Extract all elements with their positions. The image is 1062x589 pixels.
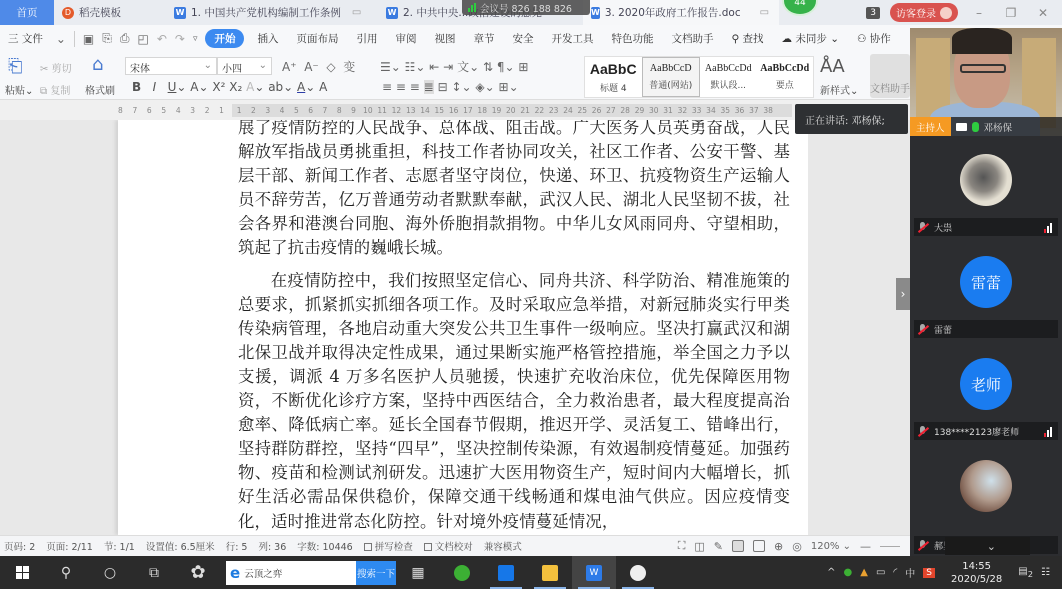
font-name-select[interactable]: 宋体⌄ xyxy=(125,57,217,75)
font-size-tools: A⁺ A⁻ ◇ 变 xyxy=(282,58,355,75)
time: 14:55 xyxy=(951,560,1002,573)
badge-count: 44 xyxy=(794,0,805,8)
notification-count: 2 xyxy=(1028,569,1033,579)
numbered-list-icon[interactable]: ☷ xyxy=(405,60,416,74)
horizontal-ruler[interactable]: 87654321 1234567891011121314151617181920… xyxy=(0,100,910,120)
user-avatar-icon xyxy=(940,7,952,19)
ruler-tick: 5 xyxy=(161,106,166,115)
ruler-tick: 24 xyxy=(561,106,575,115)
paste-label: 粘贴 xyxy=(5,86,25,97)
ruler-tick: 7 xyxy=(318,106,332,115)
align-right-icon[interactable]: ≡ xyxy=(410,80,420,94)
strikethrough-icon[interactable]: A xyxy=(190,80,198,94)
ruler-tick: 1 xyxy=(219,106,224,115)
avatar xyxy=(960,154,1012,206)
style-key-point[interactable]: AaBbCcDd要点 xyxy=(757,57,814,97)
style-preview: AaBbC xyxy=(590,61,637,77)
phonetic-icon[interactable]: 变 xyxy=(343,60,355,74)
avatar: 雷蕾 xyxy=(960,256,1012,308)
tab-label: 首页 xyxy=(17,5,38,20)
participant-tile[interactable]: 雷蕾 雷蕾 xyxy=(910,238,1062,340)
hair xyxy=(952,28,1012,54)
participant-tile[interactable]: 郝昊晴 xyxy=(910,442,1062,544)
ruler-tick: 8 xyxy=(332,106,346,115)
mic-muted-icon xyxy=(917,540,928,551)
ruler-tick: 10 xyxy=(361,106,375,115)
fan-app-icon[interactable]: ✿ xyxy=(176,556,220,589)
signal-strength-icon xyxy=(1044,427,1052,437)
meeting-app-icon[interactable] xyxy=(484,556,528,589)
style-label: 普通(网站) xyxy=(649,78,692,91)
cut-button[interactable]: ✂ 剪切 xyxy=(40,60,72,75)
search-text: 云顶之弈 xyxy=(244,566,282,580)
save-icon[interactable]: ▣ xyxy=(79,32,98,46)
signal-strength-icon xyxy=(1044,223,1052,233)
compat-mode: 兼容模式 xyxy=(484,539,522,553)
sort-icon[interactable]: ⇅ xyxy=(483,60,493,74)
action-center-icon[interactable]: ☷ xyxy=(1041,567,1050,578)
row-info: 行: 5 xyxy=(226,539,248,553)
paragraph: 展了疫情防控的人民战争、总体战、阻击战。广大医务人员英勇奋战，人民解放军指战员勇… xyxy=(238,120,790,261)
zoom-select[interactable]: 120% ⌄ xyxy=(811,541,851,552)
fullscreen-icon[interactable]: ⛶ xyxy=(678,539,686,553)
menu-page-layout[interactable]: 页面布局 xyxy=(287,31,347,46)
write-mode-icon[interactable]: ✎ xyxy=(714,540,723,553)
paragraph-tools-row1: ☰⌄ ☷⌄ ⇤ ⇥ 文⌄ ⇅ ¶⌄ ⊞ xyxy=(380,58,528,75)
zoom-value: 120% xyxy=(811,541,840,552)
ruler-tick: 19 xyxy=(489,106,503,115)
menu-references[interactable]: 引用 xyxy=(347,31,386,46)
participant-bar: 138****2123廖老师 xyxy=(914,422,1058,440)
style-default-para[interactable]: AaBbCcDd默认段... xyxy=(700,57,757,97)
ruler-tick: 36 xyxy=(732,106,746,115)
status-bar: 页码: 2 页面: 2/11 节: 1/1 设置值: 6.5厘米 行: 5 列:… xyxy=(0,535,910,556)
avatar: 老师 xyxy=(960,358,1012,410)
date: 2020/5/28 xyxy=(951,573,1002,586)
sync-button[interactable]: ☁ 未同步 ⌄ xyxy=(773,31,848,46)
ruler-tick: 18 xyxy=(475,106,489,115)
visitor-label: 访客登录 xyxy=(896,5,936,20)
export-pdf-icon[interactable]: ⎘ xyxy=(98,31,116,46)
glasses xyxy=(960,64,1006,73)
participant-bar: 大祟 xyxy=(914,218,1058,236)
copy-button[interactable]: ⧉ 复制 xyxy=(40,82,70,97)
clock[interactable]: 14:552020/5/28 xyxy=(951,560,1002,586)
window-count-badge[interactable]: 3 xyxy=(866,7,880,19)
italic-icon[interactable]: I xyxy=(153,80,157,94)
ruler-tick: 31 xyxy=(661,106,675,115)
font-style-tools: B I U⌄ A⌄ X² X₂ A⌄ ab⌄ A⌄ A xyxy=(132,80,327,94)
menu-start[interactable]: 开始 xyxy=(205,29,244,48)
ruler-tick: 7 xyxy=(132,106,137,115)
align-center-icon[interactable]: ≡ xyxy=(396,80,406,94)
wps-doc-icon: W xyxy=(386,7,398,19)
chevron-right-icon[interactable]: › xyxy=(896,278,910,310)
search-icon: ⚲ xyxy=(731,33,739,45)
zoom-slider[interactable] xyxy=(880,546,900,547)
monitor-icon[interactable]: ▭ xyxy=(760,7,769,18)
ruler-tick: 38 xyxy=(761,106,775,115)
table-icon[interactable]: ⊞ xyxy=(518,60,528,74)
paste-icon[interactable]: ⎗ xyxy=(8,56,22,77)
superscript-icon[interactable]: X² xyxy=(212,80,225,94)
ruler-tick: 8 xyxy=(118,106,123,115)
doc-proof-label: 文档校对 xyxy=(435,542,473,553)
mic-muted-icon xyxy=(917,324,928,335)
checkbox-icon xyxy=(424,543,432,551)
wechat-icon[interactable] xyxy=(440,556,484,589)
font-color-icon[interactable]: A xyxy=(297,80,305,94)
bold-icon[interactable]: B xyxy=(132,80,141,94)
shading-icon[interactable]: ◈ xyxy=(475,80,484,94)
grow-font-icon[interactable]: A⁺ xyxy=(282,60,297,74)
file-explorer-icon[interactable] xyxy=(528,556,572,589)
print-preview-icon[interactable]: ◰ xyxy=(133,32,152,46)
host-info-bar: 主持人 邓杨保 xyxy=(910,117,1062,136)
page-count[interactable]: 页面: 2/11 xyxy=(46,539,93,553)
style-label: 默认段... xyxy=(710,78,746,91)
copy-label: 复制 xyxy=(50,86,70,97)
zoom-out-button[interactable]: — xyxy=(860,540,871,553)
search-button[interactable]: ⚲ 查找 xyxy=(722,31,772,46)
subscript-icon[interactable]: X₂ xyxy=(229,80,242,94)
participant-tile[interactable]: 大祟 xyxy=(910,136,1062,238)
style-heading4[interactable]: AaBbC标题 4 xyxy=(585,57,642,97)
ruler-tick: 6 xyxy=(303,106,317,115)
wechat-glyph xyxy=(454,565,470,581)
ruler-left-ticks: 87654321 xyxy=(118,106,232,115)
ruler-tick: 3 xyxy=(190,106,195,115)
ruler-tick: 22 xyxy=(532,106,546,115)
doc-assistant-label: 文档助手 xyxy=(870,84,910,95)
docer-icon: D xyxy=(62,7,74,19)
new-style-icon[interactable]: ÅA xyxy=(820,56,845,77)
clear-format-icon[interactable]: ◇ xyxy=(326,60,335,74)
ruler-tick: 29 xyxy=(632,106,646,115)
font-size-select[interactable]: 小四⌄ xyxy=(217,57,272,75)
ruler-tick: 6 xyxy=(147,106,152,115)
increase-indent-icon[interactable]: ⇥ xyxy=(443,60,453,74)
ruler-tick: 3 xyxy=(261,106,275,115)
search-label: 查找 xyxy=(743,33,764,45)
system-tray: ^ ● ▲ ▭ ◜ 中 S 14:552020/5/28 ▤2 ☷ xyxy=(827,556,1062,589)
minimize-button[interactable]: – xyxy=(968,6,990,20)
meeting-video-panel: 主持人 邓杨保 大祟 雷蕾 雷蕾 老师 138****2123廖老师 郝昊晴 xyxy=(910,28,1062,556)
document-page[interactable]: 展了疫情防控的人民战争、总体战、阻击战。广大医务人员英勇奋战，人民解放军指战员勇… xyxy=(118,120,808,535)
ruler-tick: 12 xyxy=(389,106,403,115)
setting-value: 设置值: 6.5厘米 xyxy=(146,539,215,553)
cortana-icon[interactable]: ○ xyxy=(88,556,132,589)
ime-indicator[interactable]: 中 xyxy=(905,565,915,580)
host-tag: 主持人 xyxy=(910,117,951,136)
decrease-indent-icon[interactable]: ⇤ xyxy=(429,60,439,74)
menu-bar: 三 文件 ⌄ ▣ ⎘ ⎙ ◰ ↶ ↷ ▿ 开始 插入 页面布局 引用 审阅 视图… xyxy=(0,25,1062,52)
close-window-button[interactable]: ✕ xyxy=(1032,6,1054,20)
signal-icon xyxy=(468,3,476,12)
wechat-tray-icon[interactable]: ● xyxy=(844,567,853,578)
checkbox-icon xyxy=(364,543,372,551)
chinese-layout-icon[interactable]: 文 xyxy=(457,60,469,74)
print-icon[interactable]: ⎙ xyxy=(116,31,134,46)
outline-view-icon[interactable] xyxy=(753,540,765,552)
spell-check-label: 拼写检查 xyxy=(375,542,413,553)
browser-search-button[interactable]: 搜索一下 xyxy=(356,561,396,585)
mic-muted-icon xyxy=(917,426,928,437)
ruler-tick: 4 xyxy=(275,106,289,115)
ruler-tick: 11 xyxy=(375,106,389,115)
style-preview: AaBbCcDd xyxy=(760,63,809,74)
ruler-tick: 25 xyxy=(575,106,589,115)
spell-check-toggle[interactable]: 拼写检查 xyxy=(364,539,413,553)
participant-tile[interactable]: 老师 138****2123廖老师 xyxy=(910,340,1062,442)
meeting-id: 会议号 826 188 826 xyxy=(480,1,572,15)
meeting-glyph xyxy=(498,565,514,581)
style-normal-web[interactable]: AaBbCcD普通(网站) xyxy=(642,57,701,97)
highlight-icon[interactable]: ab xyxy=(268,80,283,94)
user-plus-icon: ⚇ xyxy=(857,33,866,45)
avatar-app-icon[interactable] xyxy=(616,556,660,589)
wifi-icon[interactable]: ◜ xyxy=(893,567,897,578)
battery-icon[interactable]: ▭ xyxy=(876,567,885,578)
ruler-tick: 32 xyxy=(675,106,689,115)
ruler-tick: 28 xyxy=(618,106,632,115)
cloud-icon: ☁ xyxy=(782,33,793,45)
mic-muted-icon xyxy=(917,222,928,233)
folder-glyph xyxy=(542,565,558,581)
bullet-list-icon[interactable]: ☰ xyxy=(380,60,391,74)
char-shading-icon[interactable]: A xyxy=(319,80,327,94)
tab-doc-1[interactable]: W1. 中国共产党机构编制工作条例▭ xyxy=(166,0,378,25)
sync-label: 未同步 xyxy=(795,33,827,45)
style-preview: AaBbCcDd xyxy=(705,63,752,74)
menu-developer[interactable]: 开发工具 xyxy=(542,31,602,46)
redo-icon[interactable]: ↷ xyxy=(171,32,189,46)
eye-protect-icon[interactable]: ◎ xyxy=(792,540,802,553)
customize-icon[interactable]: ▿ xyxy=(189,34,202,44)
tab-docer[interactable]: D稻壳模板 xyxy=(54,0,166,25)
ruler-tick: 27 xyxy=(604,106,618,115)
tab-home[interactable]: 首页 xyxy=(0,0,54,25)
collab-button[interactable]: ⚇ 协作 xyxy=(848,31,900,46)
doc-assistant-button[interactable]: 文档助手 xyxy=(870,54,910,98)
format-painter-button[interactable]: 格式刷 xyxy=(85,82,115,97)
speaking-indicator: 正在讲话: 邓杨保; xyxy=(795,104,908,134)
wps-glyph: W xyxy=(586,565,602,581)
text-effect-icon[interactable]: A xyxy=(246,80,254,94)
ruler-tick: 33 xyxy=(690,106,704,115)
ruler-tick: 26 xyxy=(589,106,603,115)
meeting-id-pill[interactable]: 会议号 826 188 826 xyxy=(462,0,590,15)
ruler-tick: 14 xyxy=(418,106,432,115)
start-button[interactable] xyxy=(0,556,44,589)
ruler-tick: 4 xyxy=(176,106,181,115)
font-size-value: 小四 xyxy=(222,64,242,75)
tab-label: 3. 2020年政府工作报告.doc xyxy=(605,5,741,20)
mic-on-icon xyxy=(972,122,979,132)
new-style-label: 新样式 xyxy=(820,86,850,97)
ruler-tick: 13 xyxy=(404,106,418,115)
ruler-tick: 17 xyxy=(461,106,475,115)
word-count[interactable]: 字数: 10446 xyxy=(297,539,352,553)
collapse-panel-button[interactable]: ⌄ xyxy=(945,537,1030,555)
show-marks-icon[interactable]: ¶ xyxy=(497,60,505,74)
ruler-tick: 1 xyxy=(232,106,246,115)
cut-label: 剪切 xyxy=(52,64,72,75)
menu-section[interactable]: 章节 xyxy=(464,31,503,46)
host-name: 邓杨保 xyxy=(984,120,1013,134)
ruler-tick: 9 xyxy=(346,106,360,115)
line-spacing-icon[interactable]: ↕ xyxy=(451,80,461,94)
ruler-right-ticks: 1234567891011121314151617181920212223242… xyxy=(232,106,775,115)
ruler-tick: 15 xyxy=(432,106,446,115)
host-video[interactable]: 主持人 邓杨保 xyxy=(910,28,1062,136)
web-view-icon[interactable]: ⊕ xyxy=(774,540,783,553)
wps-taskbar-icon[interactable]: W xyxy=(572,556,616,589)
ruler-tick: 2 xyxy=(205,106,210,115)
distribute-icon[interactable]: ⊟ xyxy=(438,80,448,94)
new-style-button[interactable]: 新样式⌄ xyxy=(820,82,858,97)
ruler-tick: 20 xyxy=(504,106,518,115)
ruler-tick: 2 xyxy=(246,106,260,115)
ruler-tick: 37 xyxy=(747,106,761,115)
ruler-tick: 34 xyxy=(704,106,718,115)
menu-review[interactable]: 审阅 xyxy=(386,31,425,46)
windows-taskbar: ⚲ ○ ⧉ ✿ e云顶之弈 搜索一下 ▦ W ^ ● ▲ ▭ ◜ 中 S 14:… xyxy=(0,556,1062,589)
wps-doc-icon: W xyxy=(174,7,186,19)
chevron-down-icon[interactable]: ⌄ xyxy=(52,32,70,46)
align-left-icon[interactable]: ≡ xyxy=(382,80,392,94)
ruler-marks: 87654321 1234567891011121314151617181920… xyxy=(118,100,910,120)
ruler-tick: 23 xyxy=(547,106,561,115)
style-preview: AaBbCcD xyxy=(650,63,692,74)
tray-expand-icon[interactable]: ^ xyxy=(827,567,835,578)
justify-icon[interactable]: ≣ xyxy=(424,80,434,94)
windows-logo-icon xyxy=(16,566,29,579)
ruler-tick: 16 xyxy=(446,106,460,115)
monitor-icon[interactable]: ▭ xyxy=(352,7,361,18)
shrink-font-icon[interactable]: A⁻ xyxy=(304,60,319,74)
task-view-icon[interactable]: ⧉ xyxy=(132,556,176,589)
ruler-tick: 35 xyxy=(718,106,732,115)
tab-label: 1. 中国共产党机构编制工作条例 xyxy=(191,5,341,20)
ruler-tick: 5 xyxy=(289,106,303,115)
browser-search-input[interactable]: e云顶之弈 xyxy=(226,561,356,585)
font-name-value: 宋体 xyxy=(130,64,150,75)
ruler-tick: 21 xyxy=(518,106,532,115)
participant-name: 138****2123廖老师 xyxy=(934,425,1019,438)
copy-icon: ⧉ xyxy=(40,86,47,97)
chevron-down-icon: ⌄ xyxy=(987,540,996,553)
doc-proof-toggle[interactable]: 文档校对 xyxy=(424,539,473,553)
menu-doc-assistant[interactable]: 文档助手 xyxy=(662,31,722,46)
menu-view[interactable]: 视图 xyxy=(425,31,464,46)
visitor-login-button[interactable]: 访客登录 xyxy=(890,3,958,22)
page-number[interactable]: 页码: 2 xyxy=(4,539,35,553)
tab-doc-3[interactable]: W3. 2020年政府工作报告.doc▭✕ xyxy=(583,0,779,25)
view-controls: ⛶ ◫ ✎ ⊕ ◎ 120% ⌄ — xyxy=(678,536,910,556)
avatar xyxy=(960,460,1012,512)
document-body[interactable]: 展了疫情防控的人民战争、总体战、阻击战。广大医务人员英勇奋战，人民解放军指战员勇… xyxy=(238,120,790,534)
restore-button[interactable]: ❐ xyxy=(1000,6,1022,20)
ribbon-toolbar: ⎗ 粘贴⌄ ✂ 剪切 ⧉ 复制 ⌂ 格式刷 宋体⌄ 小四⌄ A⁺ A⁻ ◇ 变 … xyxy=(0,52,910,100)
wps-doc-icon: W xyxy=(591,7,600,19)
menu-security[interactable]: 安全 xyxy=(503,31,542,46)
file-menu[interactable]: 三 文件 xyxy=(6,31,52,46)
paste-button[interactable]: 粘贴⌄ xyxy=(5,82,33,97)
app-tray-icon[interactable]: ▲ xyxy=(860,567,868,578)
participant-name: 雷蕾 xyxy=(934,323,952,336)
border-icon[interactable]: ⊞ xyxy=(499,80,509,94)
notification-icon[interactable]: ▤2 xyxy=(1018,566,1033,579)
section-info: 节: 1/1 xyxy=(104,539,135,553)
ie-icon: e xyxy=(230,564,240,582)
title-right-controls: 3 访客登录 – ❐ ✕ xyxy=(866,0,1062,25)
style-label: 标题 4 xyxy=(600,81,627,94)
divider xyxy=(74,31,75,47)
read-mode-icon[interactable]: ◫ xyxy=(694,540,704,553)
screen-share-icon xyxy=(956,123,967,131)
ruler-tick: 30 xyxy=(647,106,661,115)
collab-label: 协作 xyxy=(870,33,891,45)
participant-name: 大祟 xyxy=(934,221,952,234)
scissors-icon: ✂ xyxy=(40,64,48,75)
search-icon[interactable]: ⚲ xyxy=(44,556,88,589)
sogou-icon[interactable]: S xyxy=(923,568,935,578)
menu-features[interactable]: 特色功能 xyxy=(602,31,662,46)
avatar-glyph xyxy=(630,565,646,581)
document-canvas: 展了疫情防控的人民战争、总体战、阻击战。广大医务人员英勇奋战，人民解放军指战员勇… xyxy=(0,120,910,535)
participant-bar: 雷蕾 xyxy=(914,320,1058,338)
format-painter-icon[interactable]: ⌂ xyxy=(92,54,103,75)
tab-label: 稻壳模板 xyxy=(79,5,121,20)
paragraph-tools-row2: ≡ ≡ ≡ ≣ ⊟ ↕⌄ ◈⌄ ⊞⌄ xyxy=(382,80,519,94)
underline-icon[interactable]: U xyxy=(168,80,177,94)
style-label: 要点 xyxy=(776,78,794,91)
paragraph: 在疫情防控中，我们按照坚定信心、同舟共济、科学防治、精准施策的总要求，抓紧抓实抓… xyxy=(238,269,790,534)
page-view-icon[interactable] xyxy=(732,540,744,552)
menu-insert[interactable]: 插入 xyxy=(248,31,287,46)
col-info: 列: 36 xyxy=(258,539,286,553)
undo-icon[interactable]: ↶ xyxy=(153,32,171,46)
style-gallery: AaBbC标题 4 AaBbCcD普通(网站) AaBbCcDd默认段... A… xyxy=(584,56,814,98)
calculator-icon[interactable]: ▦ xyxy=(396,556,440,589)
